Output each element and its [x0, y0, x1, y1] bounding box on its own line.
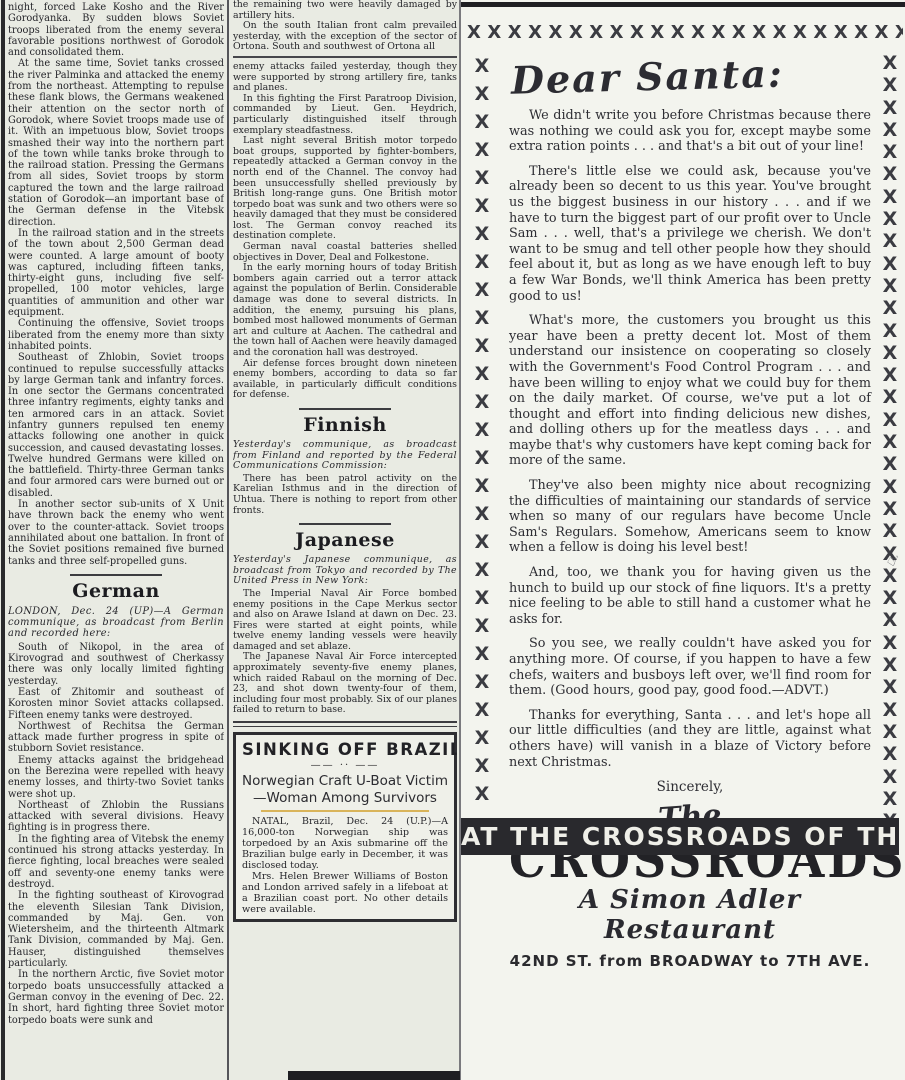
article-paragraph: Northwest of Rechitsa the German attack …	[8, 721, 224, 755]
article-paragraph: In this fighting the First Paratroop Div…	[233, 94, 457, 136]
article-paragraph: the remaining two were heavily damaged b…	[233, 0, 457, 21]
x-border-left: X X X X X X X X X X X X X X X X X X X X …	[469, 52, 495, 808]
article-paragraph: NATAL, Brazil, Dec. 24 (U.P.)—A 16,000-t…	[242, 816, 448, 871]
article-paragraph: Last night several British motor torpedo…	[233, 136, 457, 242]
article-paragraph: In the northern Arctic, five Soviet moto…	[8, 969, 224, 1025]
section-end-rule	[233, 721, 457, 727]
section-heading-japanese: Japanese	[233, 529, 457, 551]
ad-paragraph: What's more, the customers you brought u…	[509, 313, 871, 469]
news-column-middle: the remaining two were heavily damaged b…	[233, 0, 457, 1080]
article-paragraph: East of Zhitomir and southeast of Korost…	[8, 687, 224, 721]
article-paragraph: At the same time, Soviet tanks crossed t…	[8, 58, 224, 227]
ad-salutation: Dear Santa:	[510, 49, 871, 102]
article-paragraph: The Imperial Naval Air Force bombed enem…	[233, 589, 457, 653]
brazil-gold-rule	[261, 810, 430, 812]
brazil-deck-line1: Norwegian Craft U-Boat Victim	[242, 773, 448, 790]
ad-address: 42ND ST. from BROADWAY to 7TH AVE.	[509, 951, 871, 971]
article-paragraph: Southeast of Zhlobin, Soviet troops cont…	[8, 352, 224, 499]
article-paragraph: German naval coastal batteries shelled o…	[233, 242, 457, 263]
dateline-japanese: Yesterday's Japanese communique, as broa…	[233, 555, 457, 587]
article-paragraph: In another sector sub-units of X Unit ha…	[8, 499, 224, 567]
page-left-rule	[1, 0, 5, 1080]
article-paragraph: South of Nikopol, in the area of Kirovog…	[8, 642, 224, 687]
article-paragraph: In the early morning hours of today Brit…	[233, 263, 457, 358]
article-paragraph: enemy attacks failed yesterday, though t…	[233, 62, 457, 94]
dateline-finnish: Yesterday's communique, as broadcast fro…	[233, 440, 457, 472]
article-paragraph: Mrs. Helen Brewer Williams of Boston and…	[242, 871, 448, 915]
article-paragraph: In the railroad station and in the stree…	[8, 228, 224, 318]
ad-closing: Sincerely,	[509, 779, 871, 795]
article-paragraph: In the fighting southeast of Kirovograd …	[8, 890, 224, 969]
ad-paragraph: We didn't write you before Christmas bec…	[509, 108, 871, 155]
ad-paragraph: They've also been mighty nice about reco…	[509, 478, 871, 556]
brazil-deck-line2: —Woman Among Survivors	[242, 790, 448, 807]
article-paragraph: Air defense forces brought down nineteen…	[233, 359, 457, 401]
crossroads-advertisement: XXXXXXXXXXXXXXXXXXXXXXX X X X X X X X X …	[461, 0, 905, 1080]
newspaper-page: { "col1": { "p1": "night, forced Lake Ko…	[0, 0, 905, 1080]
ad-paragraph: Thanks for everything, Santa . . . and l…	[509, 708, 871, 770]
ad-banner: AT THE CROSSROADS OF THE WORLD	[461, 818, 899, 855]
dateline-german: LONDON, Dec. 24 (UP)—A German communique…	[8, 606, 224, 640]
dash-rule: —— ·· ——	[242, 761, 448, 771]
section-rule	[299, 523, 391, 525]
article-paragraph: In the fighting area of Vitebsk the enem…	[8, 834, 224, 890]
section-rule	[299, 408, 391, 410]
ad-paragraph: And, too, we thank you for having given …	[509, 565, 871, 627]
article-paragraph: The Japanese Naval Air Force intercepted…	[233, 652, 457, 716]
section-heading-german: German	[8, 580, 224, 602]
section-heading-finnish: Finnish	[233, 414, 457, 436]
brazil-headline: SINKING OFF BRAZIL BARED	[242, 740, 448, 759]
article-paragraph: night, forced Lake Kosho and the River G…	[8, 2, 224, 58]
ad-top-rule	[461, 2, 905, 7]
column-divider-rule	[227, 0, 229, 1080]
next-box-top-edge	[288, 1071, 460, 1080]
article-paragraph: There has been patrol activity on the Ka…	[233, 474, 457, 516]
brazil-story-box: SINKING OFF BRAZIL BARED —— ·· —— Norweg…	[233, 732, 457, 922]
ad-paragraph: So you see, we really couldn't have aske…	[509, 636, 871, 698]
ad-paragraph: There's little else we could ask, becaus…	[509, 164, 871, 304]
x-border-top: XXXXXXXXXXXXXXXXXXXXXXX	[467, 22, 903, 43]
article-paragraph: Northeast of Zhlobin the Russians attack…	[8, 800, 224, 834]
news-column-left: night, forced Lake Kosho and the River G…	[8, 0, 224, 1080]
x-border-right: X X X X X X X X X X X X X X X X X X X X …	[877, 52, 903, 832]
block-divider-rule	[233, 56, 457, 58]
article-paragraph: Enemy attacks against the bridgehead on …	[8, 755, 224, 800]
section-rule	[70, 574, 162, 576]
logo-subtitle: A Simon Adler Restaurant	[509, 885, 871, 945]
article-paragraph: On the south Italian front calm prevaile…	[233, 21, 457, 53]
article-paragraph: Continuing the offensive, Soviet troops …	[8, 318, 224, 352]
